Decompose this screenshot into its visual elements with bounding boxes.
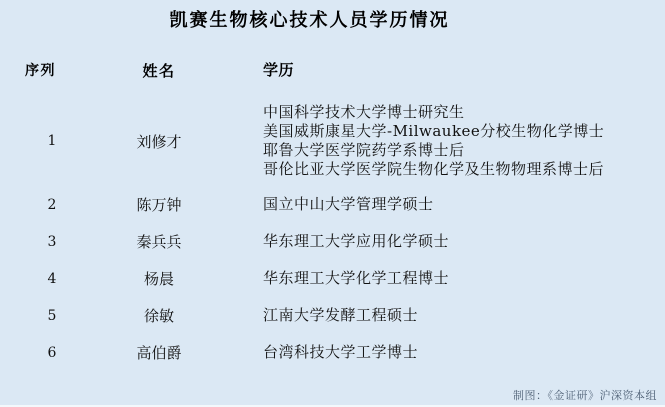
table-row: 4 杨晨 华东理工大学化学工程博士 (0, 260, 665, 297)
table-row: 1 刘修才 中国科学技术大学博士研究生 美国威斯康星大学-Milwaukee分校… (0, 96, 665, 186)
table-row: 3 秦兵兵 华东理工大学应用化学硕士 (0, 223, 665, 260)
education-cell: 江南大学发酵工程硕士 (214, 306, 665, 325)
education-line: 美国威斯康星大学-Milwaukee分校生物化学博士 (263, 122, 665, 141)
education-cell: 华东理工大学应用化学硕士 (214, 232, 665, 251)
education-cell: 华东理工大学化学工程博士 (214, 269, 665, 288)
name-cell: 秦兵兵 (104, 231, 214, 252)
column-header-education: 学历 (214, 61, 665, 80)
seq-cell: 2 (0, 197, 104, 213)
seq-cell: 3 (0, 234, 104, 250)
name-cell: 陈万钟 (104, 194, 214, 215)
column-header-seq: 序列 (0, 60, 104, 80)
credit-line: 制图：《金证研》沪深资本组 (513, 387, 657, 403)
name-cell: 刘修才 (104, 131, 214, 152)
education-cell: 国立中山大学管理学硕士 (214, 195, 665, 214)
table-row: 2 陈万钟 国立中山大学管理学硕士 (0, 186, 665, 223)
education-cell: 中国科学技术大学博士研究生 美国威斯康星大学-Milwaukee分校生物化学博士… (214, 103, 665, 179)
education-cell: 台湾科技大学工学博士 (214, 343, 665, 362)
column-header-name: 姓名 (104, 60, 214, 81)
name-cell: 高伯爵 (104, 342, 214, 363)
table-row: 6 高伯爵 台湾科技大学工学博士 (0, 334, 665, 371)
seq-cell: 1 (0, 133, 104, 149)
page-title: 凯赛生物核心技术人员学历情况 (0, 0, 665, 31)
name-cell: 杨晨 (104, 268, 214, 289)
seq-cell: 6 (0, 345, 104, 361)
education-line: 中国科学技术大学博士研究生 (263, 103, 665, 122)
seq-cell: 4 (0, 271, 104, 287)
education-line: 耶鲁大学医学院药学系博士后 (263, 141, 665, 160)
table-header-row: 序列 姓名 学历 (0, 58, 665, 82)
infographic-table: 凯赛生物核心技术人员学历情况 序列 姓名 学历 1 刘修才 中国科学技术大学博士… (0, 0, 665, 407)
name-cell: 徐敏 (104, 305, 214, 326)
seq-cell: 5 (0, 308, 104, 324)
education-line: 哥伦比亚大学医学院生物化学及生物物理系博士后 (263, 160, 665, 179)
table-row: 5 徐敏 江南大学发酵工程硕士 (0, 297, 665, 334)
